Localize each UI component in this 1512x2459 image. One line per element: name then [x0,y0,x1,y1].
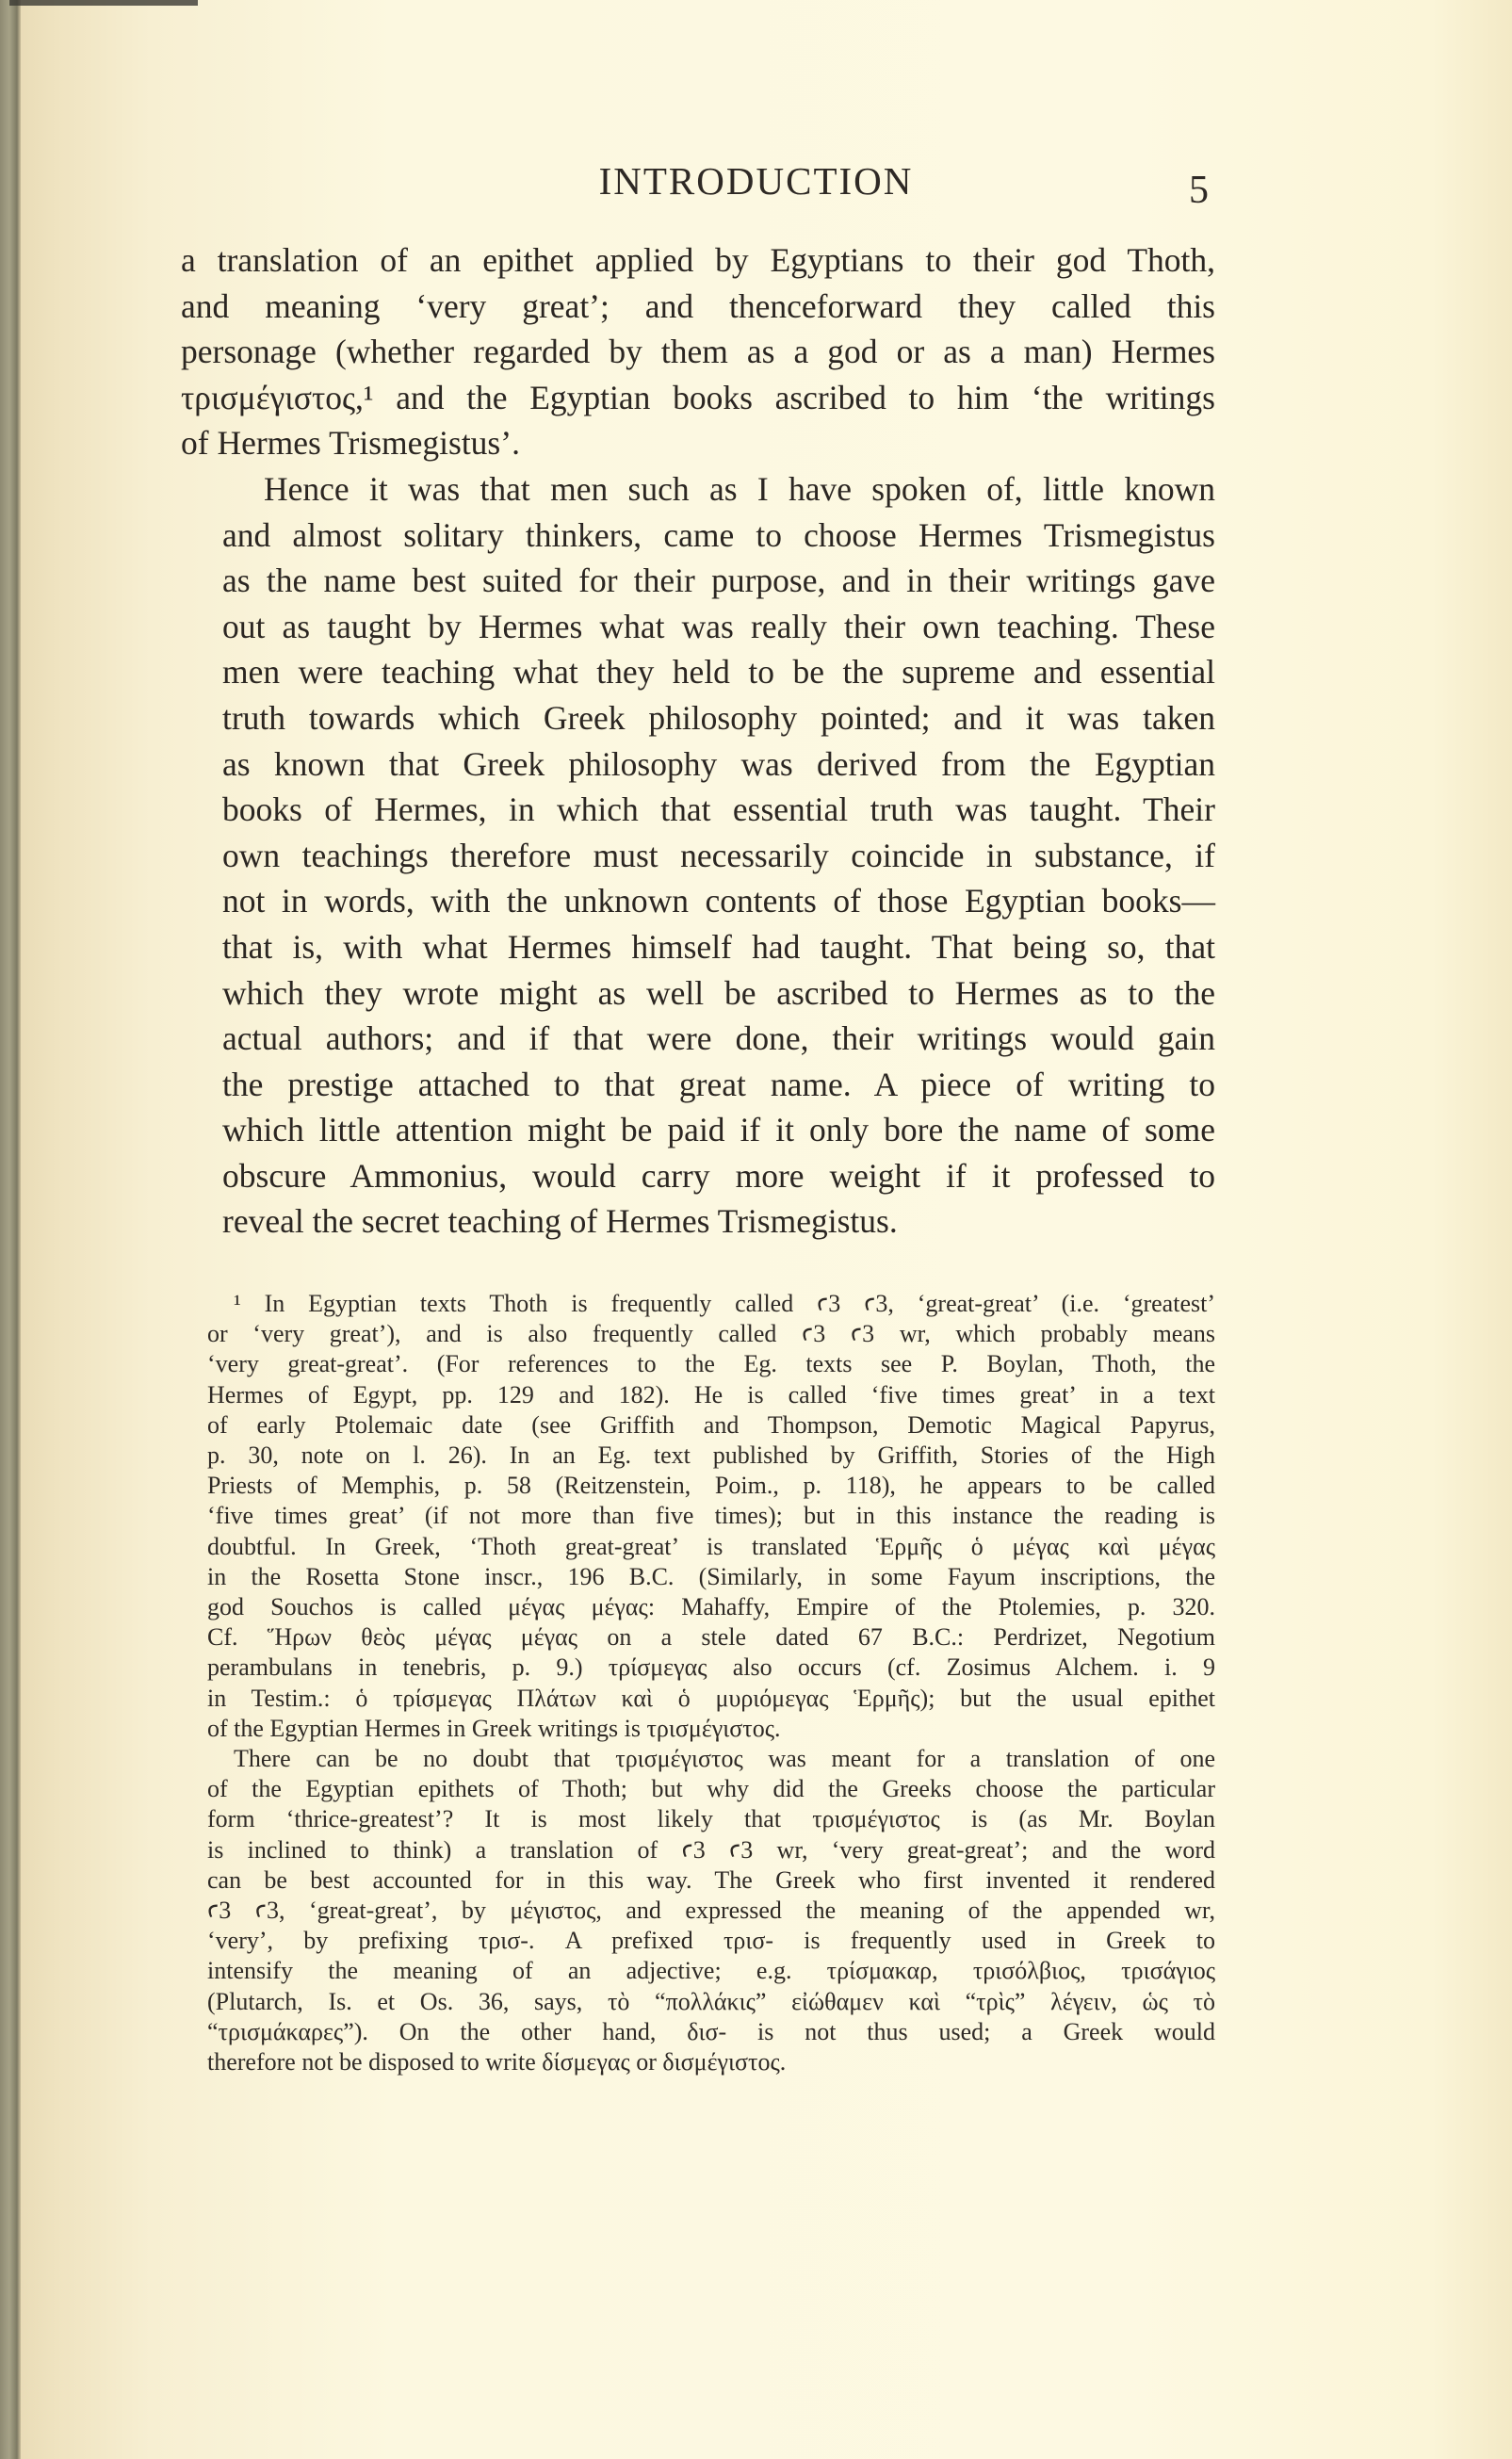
body-line: obscure Ammonius, would carry more weigh… [181,1153,1215,1199]
footnote-line: Hermes of Egypt, pp. 129 and 182). He is… [181,1380,1215,1410]
footnote-line: ‘five times great’ (if not more than fiv… [181,1501,1215,1531]
body-line: actual authors; and if that were done, t… [181,1016,1215,1062]
body-line: out as taught by Hermes what was really … [181,604,1215,650]
footnote-line: ¹ In Egyptian texts Thoth is frequently … [181,1289,1215,1319]
body-paragraph-2: Hence it was that men such as I have spo… [181,466,1215,1245]
running-head: INTRODUCTION [0,158,1512,204]
footnote-line: Cf. Ἥρων θεὸς μέγας μέγας on a stele dat… [181,1622,1215,1653]
body-line: as known that Greek philosophy was deriv… [181,741,1215,788]
footnote-line: Priests of Memphis, p. 58 (Reitzenstein,… [181,1471,1215,1501]
body-line: books of Hermes, in which that essential… [181,787,1215,833]
footnote-line: ꜥ3 ꜥ3, ‘great-great’, by μέγιστος, and e… [181,1896,1215,1926]
body-line: τρισμέγιστος,¹ and the Egyptian books as… [181,375,1215,421]
body-line: men were teaching what they held to be t… [181,649,1215,695]
footnote-line: of the Egyptian epithets of Thoth; but w… [181,1774,1215,1804]
body-line: and meaning ‘very great’; and thenceforw… [181,284,1215,330]
footnote-line: (Plutarch, Is. et Os. 36, says, τὸ “πολλ… [181,1987,1215,2017]
footnote-line: god Souchos is called μέγας μέγας: Mahaf… [181,1592,1215,1622]
page-number: 5 [1189,168,1209,213]
footnote-line: There can be no doubt that τρισμέγιστος … [181,1744,1215,1774]
body-line: reveal the secret teaching of Hermes Tri… [181,1198,1215,1245]
body-line: of Hermes Trismegistus’. [181,420,1215,466]
footnote-line: ‘very great-great’. (For references to t… [181,1349,1215,1379]
body-line: Hence it was that men such as I have spo… [181,466,1215,513]
footnote-1: ¹ In Egyptian texts Thoth is frequently … [181,1289,1215,1744]
footnote-line: in Testim.: ὁ τρίσμεγας Πλάτων καὶ ὁ μυρ… [181,1684,1215,1714]
body-line: that is, with what Hermes himself had ta… [181,924,1215,970]
body-line: not in words, with the unknown contents … [181,878,1215,924]
body-line: own teachings therefore must necessarily… [181,833,1215,879]
body-line: truth towards which Greek philosophy poi… [181,695,1215,741]
footnote-line: ‘very’, by prefixing τρισ-. A prefixed τ… [181,1926,1215,1956]
body-line: and almost solitary thinkers, came to ch… [181,513,1215,559]
footnote-line: p. 30, note on l. 26). In an Eg. text pu… [181,1441,1215,1471]
footnote-line: of early Ptolemaic date (see Griffith an… [181,1410,1215,1441]
page-top-shadow [9,0,198,6]
body-line: which little attention might be paid if … [181,1107,1215,1153]
book-spine-edge [0,0,21,2459]
footnote-line: in the Rosetta Stone inscr., 196 B.C. (S… [181,1562,1215,1592]
footnote-line: “τρισμάκαρες”). On the other hand, δισ- … [181,2017,1215,2047]
body-line: a translation of an epithet applied by E… [181,237,1215,284]
footnote-line: therefore not be disposed to write δίσμε… [181,2047,1215,2077]
footnote-line: perambulans in tenebris, p. 9.) τρίσμεγα… [181,1653,1215,1683]
footnote-line: doubtful. In Greek, ‘Thoth great-great’ … [181,1532,1215,1562]
footnote-line: intensify the meaning of an adjective; e… [181,1956,1215,1986]
body-text: a translation of an epithet applied by E… [181,237,1215,1245]
body-line: which they wrote might as well be ascrib… [181,970,1215,1017]
body-line: the prestige attached to that great name… [181,1062,1215,1108]
footnote-line: is inclined to think) a translation of ꜥ… [181,1835,1215,1865]
footnotes: ¹ In Egyptian texts Thoth is frequently … [181,1289,1215,2077]
footnote-line: or ‘very great’), and is also frequently… [181,1319,1215,1349]
footnote-line: of the Egyptian Hermes in Greek writings… [181,1714,1215,1744]
body-paragraph-1: a translation of an epithet applied by E… [181,237,1215,466]
footnote-1-continuation: There can be no doubt that τρισμέγιστος … [181,1744,1215,2077]
footnote-line: can be best accounted for in this way. T… [181,1865,1215,1896]
footnote-line: form ‘thrice-greatest’? It is most likel… [181,1804,1215,1834]
book-page: INTRODUCTION 5 a translation of an epith… [0,0,1512,2459]
body-line: personage (whether regarded by them as a… [181,329,1215,375]
body-line: as the name best suited for their purpos… [181,558,1215,604]
